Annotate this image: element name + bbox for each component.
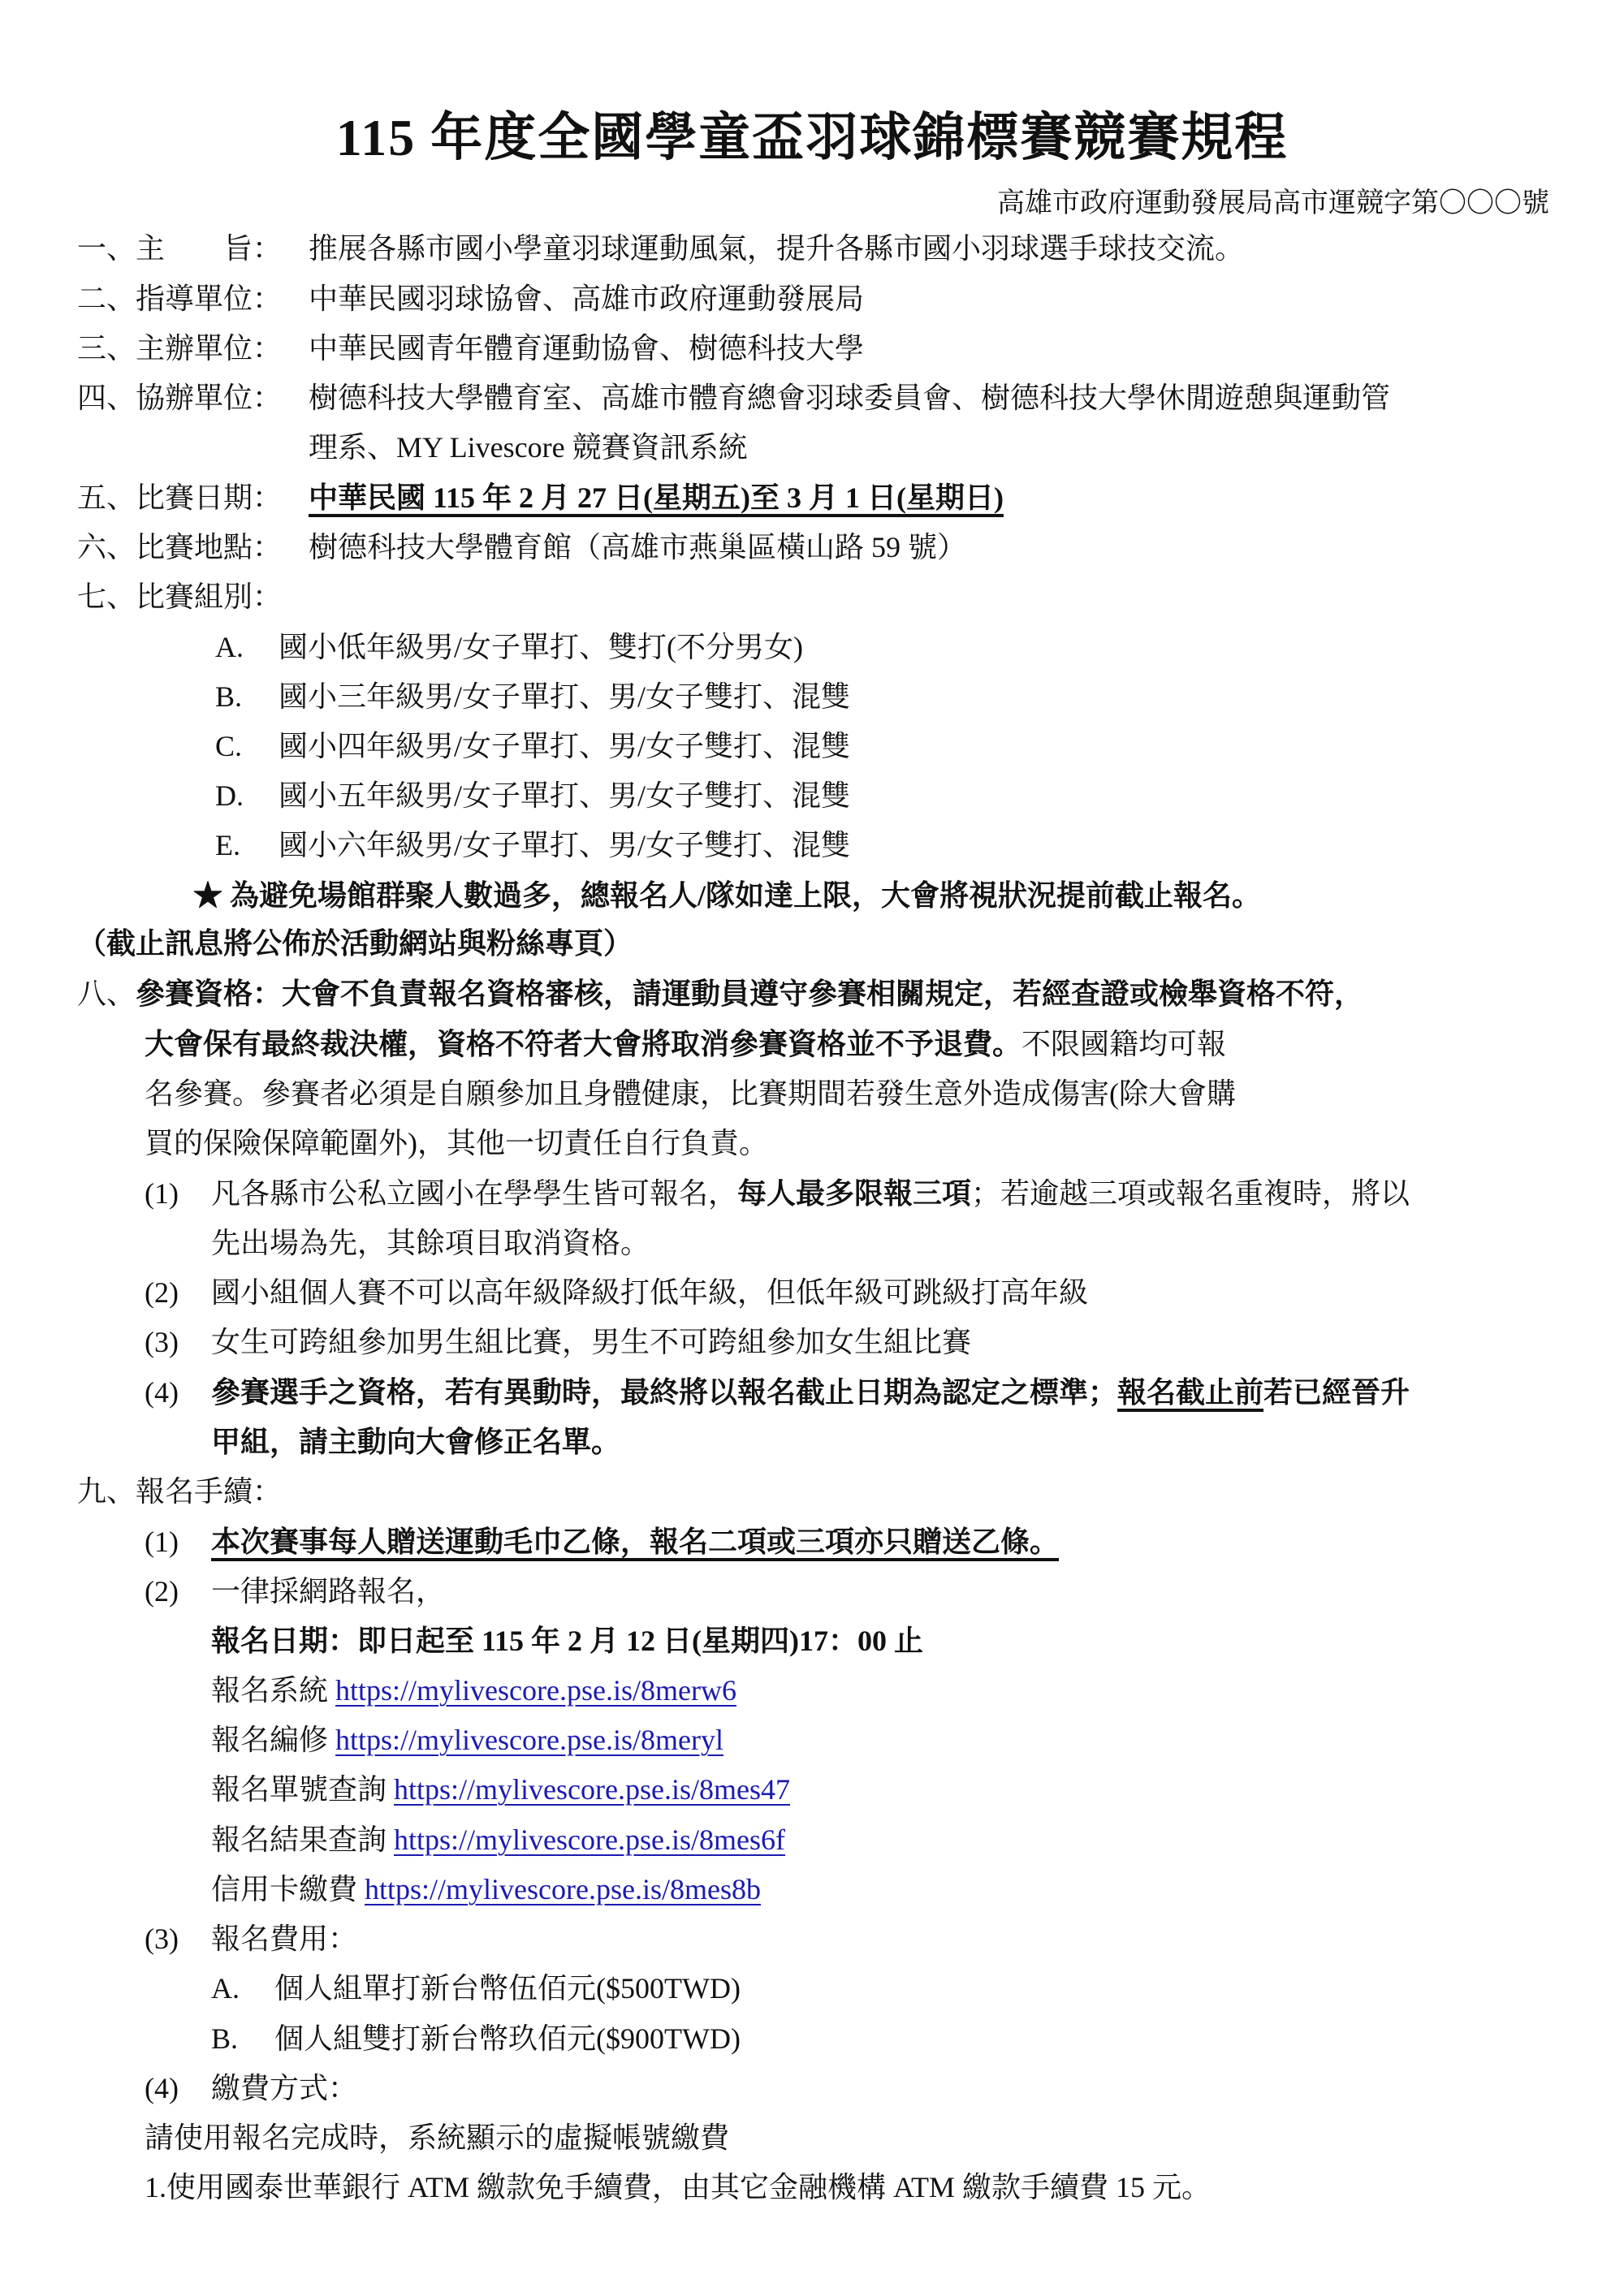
registration-item: (3)報名費用： <box>145 1919 357 1958</box>
item-index: (3) <box>145 1323 211 1362</box>
section-text: 中華民國羽球協會、高雄市政府運動發展局 <box>309 283 864 315</box>
fee-text: 個人組單打新台幣伍佰元($500TWD) <box>274 1972 741 2005</box>
section-eligibility: 八、參賽資格：大會不負責報名資格審核，請運動員遵守參賽相關規定，若經查證或檢舉資… <box>77 974 1363 1013</box>
section-label: 七、比賽組別： <box>77 580 282 613</box>
section-organizers: 三、主辦單位：中華民國青年體育運動協會、樹德科技大學 <box>77 329 864 368</box>
item-text-bold: 每人最多限報三項 <box>737 1177 971 1210</box>
competition-dates: 中華民國 115 年 2 月 27 日(星期五)至 3 月 1 日(星期日) <box>309 481 1004 514</box>
link-label: 報名結果查詢 <box>211 1823 387 1856</box>
section-label: 八、 <box>77 978 136 1010</box>
link-label: 報名系統 <box>211 1674 328 1707</box>
section-categories: 七、比賽組別： <box>77 577 282 616</box>
link-row: 報名系統 https://mylivescore.pse.is/8merw6 <box>211 1671 736 1710</box>
payment-note: 請使用報名完成時，系統顯示的虛擬帳號繳費 <box>145 2118 729 2157</box>
item-text-bold: 參賽選手之資格，若有異動時，最終將以報名截止日期為認定之標準； <box>211 1376 1117 1409</box>
capacity-notice-sub: （截止訊息將公佈於活動網站與粉絲專頁） <box>77 924 633 963</box>
eligibility-bold-line: 大會不負責報名資格審核，請運動員遵守參賽相關規定，若經查證或檢舉資格不符， <box>282 978 1363 1010</box>
eligibility-item: (1)凡各縣市公私立國小在學學生皆可報名，每人最多限報三項；若逾越三項或報名重複… <box>145 1174 1410 1213</box>
category-item: D.國小五年級男/女子單打、男/女子雙打、混雙 <box>215 776 850 815</box>
category-letter: A. <box>215 628 279 667</box>
category-item: C.國小四年級男/女子單打、男/女子雙打、混雙 <box>215 727 850 766</box>
registration-item: (1)本次賽事每人贈送運動毛巾乙條，報名二項或三項亦只贈送乙條。 <box>145 1522 1059 1561</box>
eligibility-item-cont: 甲組，請主動向大會修正名單。 <box>211 1422 620 1461</box>
eligibility-item: (3)女生可跨組參加男生組比賽，男生不可跨組參加女生組比賽 <box>145 1323 971 1362</box>
eligibility-line: 買的保險保障範圍外)，其他一切責任自行負責。 <box>145 1124 768 1163</box>
item-index: (2) <box>145 1572 211 1611</box>
fee-item: B.個人組雙打新台幣玖佰元($900TWD) <box>211 2019 741 2058</box>
item-index: (4) <box>145 2069 211 2108</box>
item-text: 繳費方式： <box>211 2072 357 2104</box>
item-text: 報名費用： <box>211 1923 357 1955</box>
section-registration: 九、報名手續： <box>77 1472 282 1511</box>
section-heading: 參賽資格： <box>136 978 282 1010</box>
eligibility-item: (2)國小組個人賽不可以高年級降級打低年級，但低年級可跳級打高年級 <box>145 1273 1088 1312</box>
towel-gift-text: 本次賽事每人贈送運動毛巾乙條，報名二項或三項亦只贈送乙條。 <box>211 1526 1059 1558</box>
document-page: 115 年度全國學童盃羽球錦標賽競賽規程 高雄市政府運動發展局高市運競字第〇〇〇… <box>0 0 1624 2296</box>
registration-result-lookup-link[interactable]: https://mylivescore.pse.is/8mes6f <box>394 1823 785 1856</box>
section-label: 二、指導單位： <box>77 279 309 318</box>
category-letter: C. <box>215 727 279 766</box>
section-dates: 五、比賽日期：中華民國 115 年 2 月 27 日(星期五)至 3 月 1 日… <box>77 478 1004 517</box>
section-co-organizers-cont: 理系、MY Livescore 競賽資訊系統 <box>309 428 748 467</box>
registration-item: (4)繳費方式： <box>145 2069 357 2108</box>
item-index: (2) <box>145 1273 211 1312</box>
fee-item: A.個人組單打新台幣伍佰元($500TWD) <box>211 1969 741 2008</box>
item-text-bold: 若已經晉升 <box>1263 1376 1410 1409</box>
payment-note: 1.使用國泰世華銀行 ATM 繳款免手續費，由其它金融機構 ATM 繳款手續費 … <box>145 2168 1211 2207</box>
capacity-notice: ★ 為避免場館群聚人數過多，總報名人/隊如達上限，大會將視狀況提前截止報名。 <box>193 876 1261 915</box>
link-row: 報名結果查詢 https://mylivescore.pse.is/8mes6f <box>211 1820 785 1859</box>
section-label: 三、主辦單位： <box>77 329 309 368</box>
category-text: 國小五年級男/女子單打、男/女子雙打、混雙 <box>279 779 850 812</box>
category-item: A.國小低年級男/女子單打、雙打(不分男女) <box>215 628 803 667</box>
section-label: 九、報名手續： <box>77 1475 282 1508</box>
registration-number-lookup-link[interactable]: https://mylivescore.pse.is/8mes47 <box>394 1773 790 1806</box>
section-text: 推展各縣市國小學童羽球運動風氣，提升各縣市國小羽球選手球技交流。 <box>309 232 1244 265</box>
item-text: ；若逾越三項或報名重複時，將以 <box>971 1177 1410 1210</box>
eligibility-bold-line: 大會保有最終裁決權，資格不符者大會將取消參賽資格並不予退費。 <box>145 1028 1021 1060</box>
item-text: 女生可跨組參加男生組比賽，男生不可跨組參加女生組比賽 <box>211 1326 971 1358</box>
section-purpose: 一、主 旨：推展各縣市國小學童羽球運動風氣，提升各縣市國小羽球選手球技交流。 <box>77 229 1244 268</box>
section-label: 四、協辦單位： <box>77 378 309 417</box>
fee-text: 個人組雙打新台幣玖佰元($900TWD) <box>274 2022 741 2055</box>
eligibility-item: (4)參賽選手之資格，若有異動時，最終將以報名截止日期為認定之標準；報名截止前若… <box>145 1373 1410 1412</box>
section-text: 樹德科技大學體育室、高雄市體育總會羽球委員會、樹德科技大學休閒遊憩與運動管 <box>309 382 1390 414</box>
category-text: 國小三年級男/女子單打、男/女子雙打、混雙 <box>279 680 850 713</box>
registration-edit-link[interactable]: https://mylivescore.pse.is/8meryl <box>335 1724 723 1756</box>
eligibility-line: 大會保有最終裁決權，資格不符者大會將取消參賽資格並不予退費。不限國籍均可報 <box>145 1025 1226 1064</box>
notice-text: 為避免場館群聚人數過多，總報名人/隊如達上限，大會將視狀況提前截止報名。 <box>230 879 1261 912</box>
venue-text: 樹德科技大學體育館（高雄市燕巢區橫山路 59 號） <box>309 531 966 563</box>
category-letter: B. <box>215 677 279 716</box>
credit-card-payment-link[interactable]: https://mylivescore.pse.is/8mes8b <box>365 1873 761 1905</box>
eligibility-plain-text: 不限國籍均可報 <box>1021 1028 1226 1060</box>
registration-item: (2)一律採網路報名， <box>145 1572 445 1611</box>
item-text-underline: 報名截止前 <box>1117 1376 1263 1409</box>
fee-letter: A. <box>211 1969 274 2008</box>
item-text: 一律採網路報名， <box>211 1575 445 1608</box>
registration-deadline: 報名日期：即日起至 115 年 2 月 12 日(星期四)17：00 止 <box>211 1621 923 1660</box>
eligibility-item-cont: 先出場為先，其餘項目取消資格。 <box>211 1224 650 1262</box>
link-row: 報名編修 https://mylivescore.pse.is/8meryl <box>211 1720 723 1759</box>
category-item: B.國小三年級男/女子單打、男/女子雙打、混雙 <box>215 677 850 716</box>
item-index: (3) <box>145 1919 211 1958</box>
link-row: 報名單號查詢 https://mylivescore.pse.is/8mes47 <box>211 1770 790 1809</box>
link-row: 信用卡繳費 https://mylivescore.pse.is/8mes8b <box>211 1870 761 1909</box>
section-text: 中華民國青年體育運動協會、樹德科技大學 <box>309 332 864 365</box>
section-supervising-units: 二、指導單位：中華民國羽球協會、高雄市政府運動發展局 <box>77 279 864 318</box>
document-number: 高雄市政府運動發展局高市運競字第〇〇〇號 <box>997 180 1549 220</box>
section-label: 五、比賽日期： <box>77 478 309 517</box>
section-label: 一、主 旨： <box>77 229 309 268</box>
link-label: 報名編修 <box>211 1724 328 1756</box>
link-label: 報名單號查詢 <box>211 1773 387 1806</box>
item-index: (1) <box>145 1522 211 1561</box>
category-letter: D. <box>215 776 279 815</box>
item-text: 國小組個人賽不可以高年級降級打低年級，但低年級可跳級打高年級 <box>211 1276 1088 1309</box>
category-letter: E. <box>215 826 279 865</box>
fee-letter: B. <box>211 2019 274 2058</box>
eligibility-line: 名參賽。參賽者必須是自願參加且身體健康，比賽期間若發生意外造成傷害(除大會購 <box>145 1074 1236 1113</box>
link-label: 信用卡繳費 <box>211 1873 357 1905</box>
section-venue: 六、比賽地點：樹德科技大學體育館（高雄市燕巢區橫山路 59 號） <box>77 528 966 567</box>
item-text: 凡各縣市公私立國小在學學生皆可報名， <box>211 1177 737 1210</box>
registration-system-link[interactable]: https://mylivescore.pse.is/8merw6 <box>335 1674 736 1707</box>
category-item: E.國小六年級男/女子單打、男/女子雙打、混雙 <box>215 826 850 865</box>
category-text: 國小四年級男/女子單打、男/女子雙打、混雙 <box>279 730 850 762</box>
category-text: 國小低年級男/女子單打、雙打(不分男女) <box>279 631 803 663</box>
item-index: (4) <box>145 1373 211 1412</box>
section-label: 六、比賽地點： <box>77 528 309 567</box>
category-text: 國小六年級男/女子單打、男/女子雙打、混雙 <box>279 829 850 861</box>
section-co-organizers: 四、協辦單位：樹德科技大學體育室、高雄市體育總會羽球委員會、樹德科技大學休閒遊憩… <box>77 378 1390 417</box>
item-index: (1) <box>145 1174 211 1213</box>
star-icon: ★ <box>193 879 222 912</box>
document-title: 115 年度全國學童盃羽球錦標賽競賽規程 <box>0 96 1624 170</box>
